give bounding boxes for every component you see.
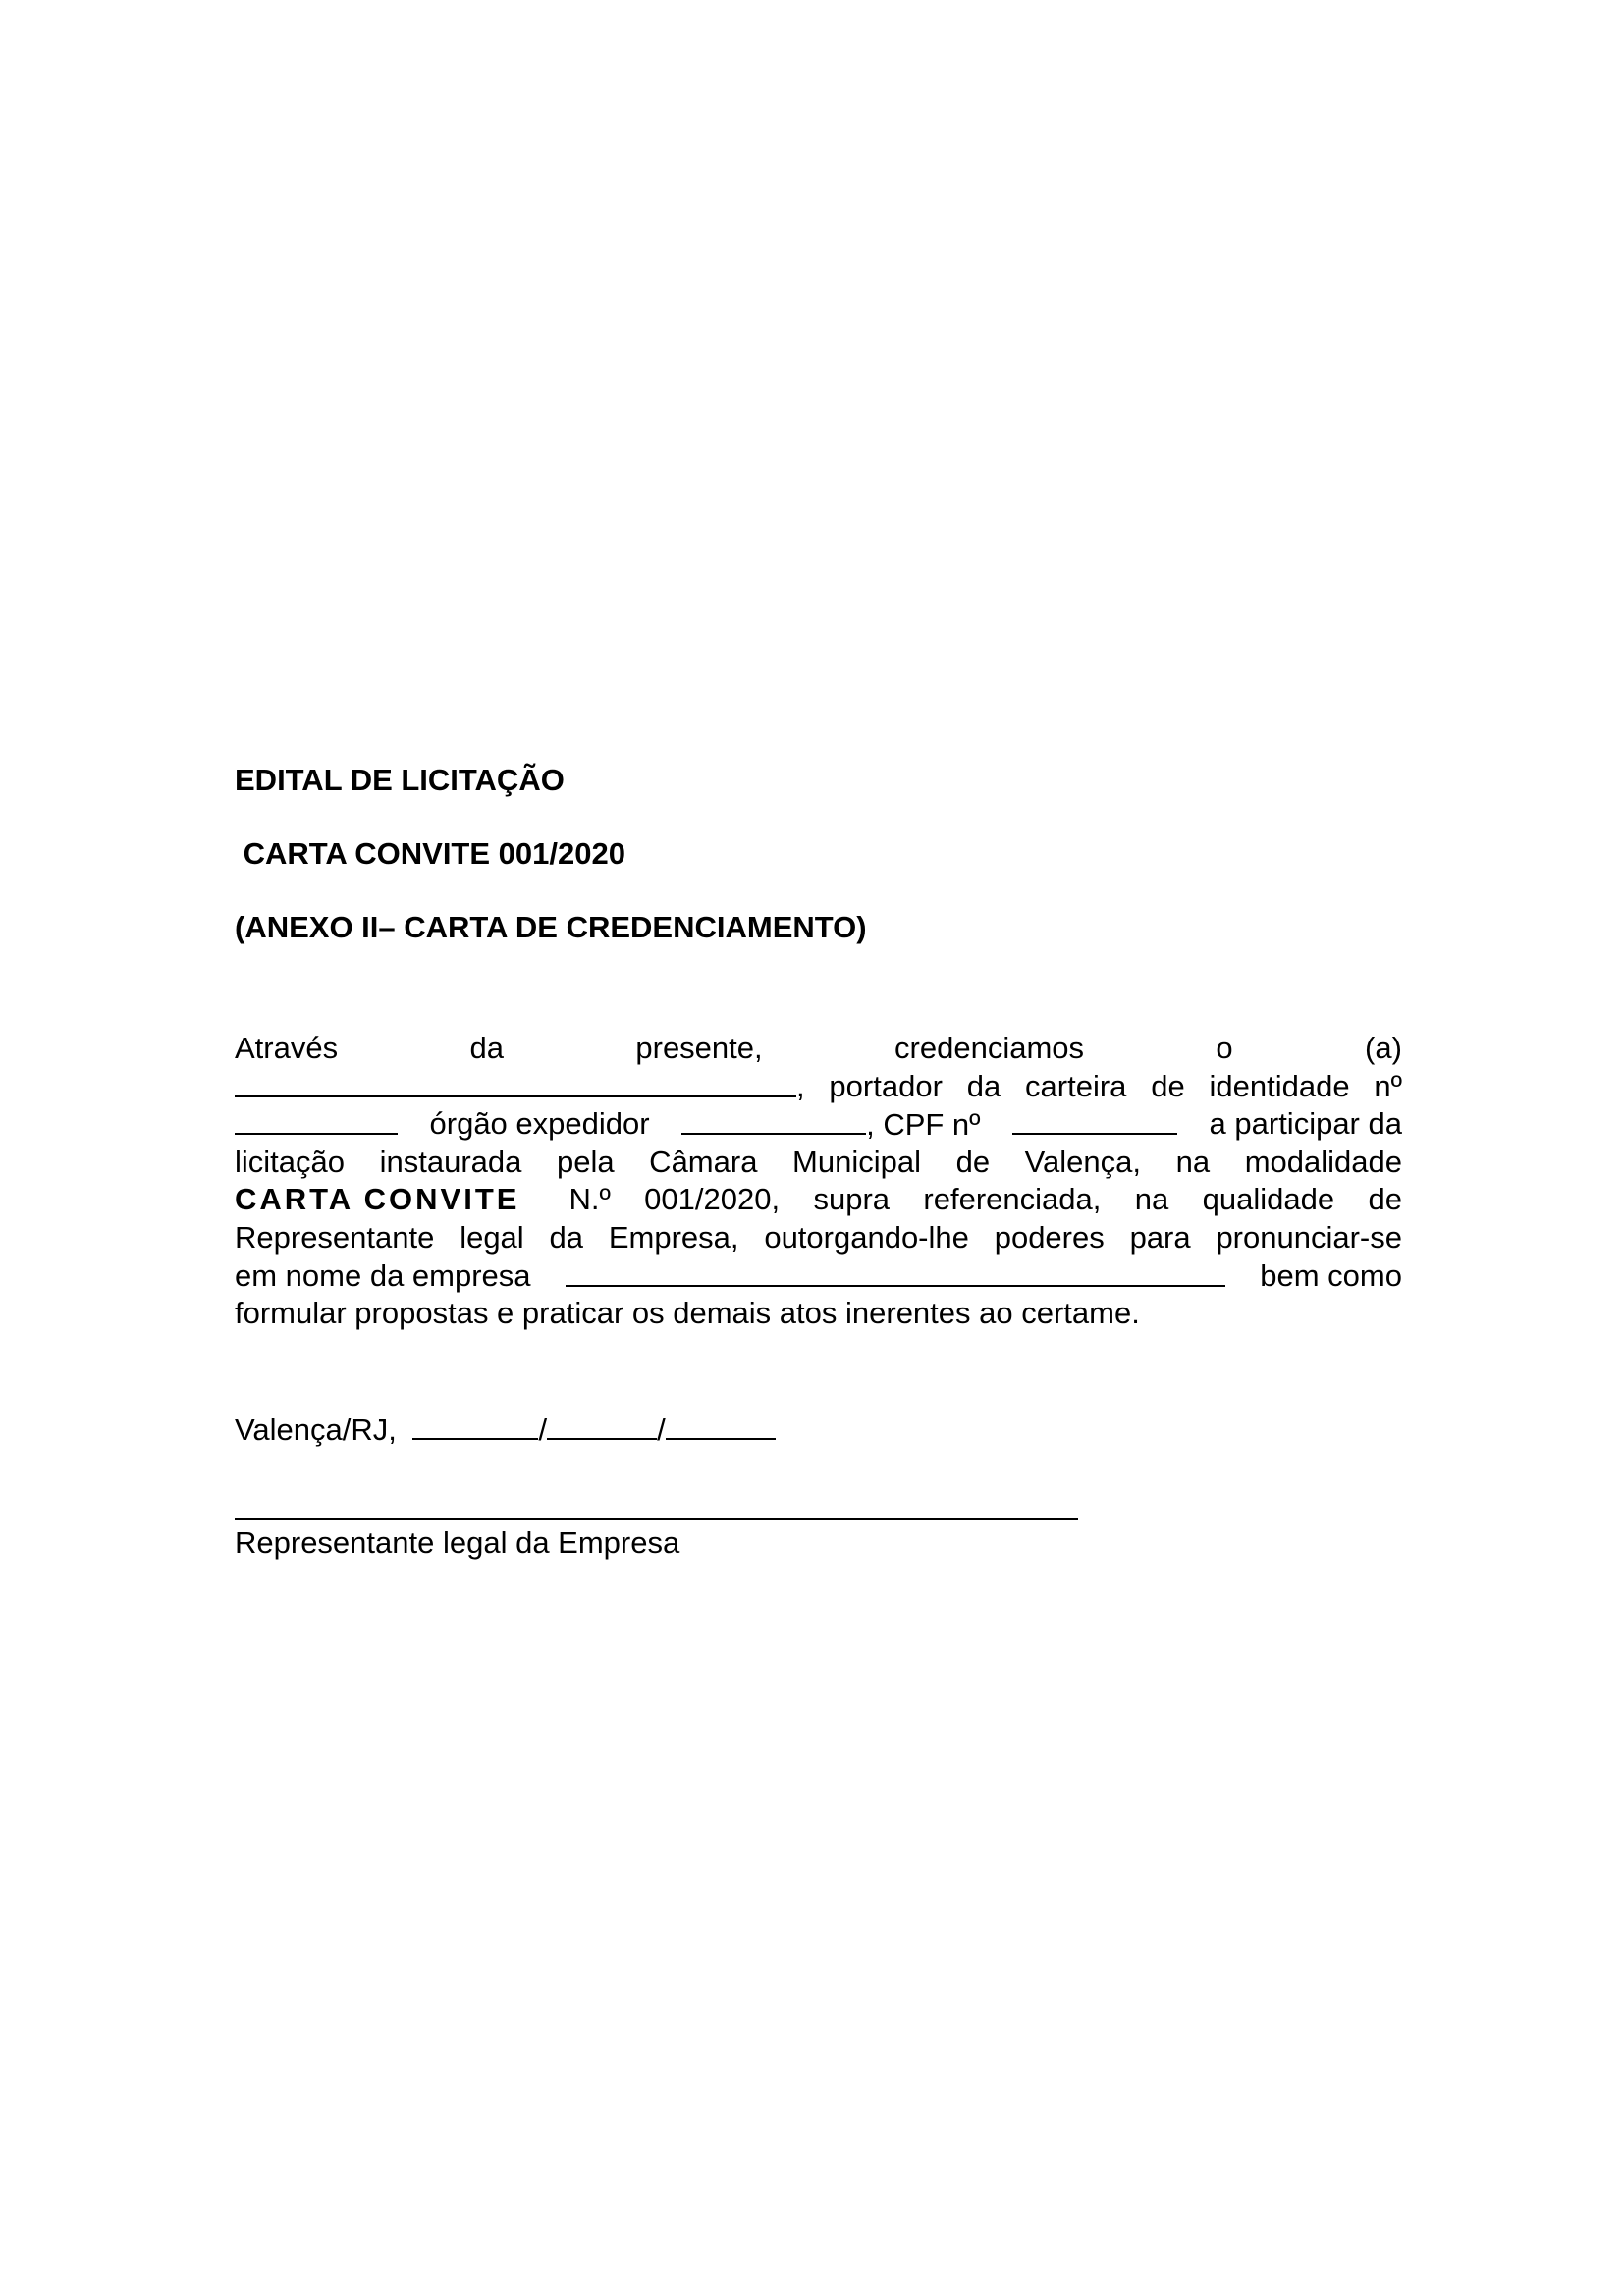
paragraph-line-5: CARTA CONVITE N.º 001/2020, supra refere… bbox=[235, 1181, 1402, 1219]
cpf-number-blank[interactable] bbox=[1012, 1105, 1177, 1135]
paragraph-line-2: , portador da carteira de identidade nº bbox=[235, 1068, 1402, 1106]
issuing-agency-blank[interactable] bbox=[681, 1105, 866, 1135]
date-separator: / bbox=[657, 1413, 666, 1447]
text: órgão expedidor bbox=[430, 1105, 650, 1144]
credential-paragraph: Através da presente, credenciamos o (a) … bbox=[235, 1030, 1402, 1333]
paragraph-line-8: formular propostas e praticar os demais … bbox=[235, 1295, 1402, 1333]
text: , portador da carteira de identidade nº bbox=[796, 1068, 1402, 1106]
word: (a) bbox=[1365, 1030, 1402, 1068]
paragraph-line-4: licitação instaurada pela Câmara Municip… bbox=[235, 1144, 1402, 1182]
date-label: Valença/RJ, bbox=[235, 1413, 397, 1447]
paragraph-line-6: Representante legal da Empresa, outorgan… bbox=[235, 1219, 1402, 1257]
word: presente, bbox=[635, 1030, 762, 1068]
month-blank[interactable] bbox=[547, 1411, 657, 1440]
document-subtitle: CARTA CONVITE 001/2020 bbox=[235, 836, 625, 872]
date-line: Valença/RJ, // bbox=[235, 1411, 776, 1449]
word: da bbox=[470, 1030, 504, 1068]
company-name-blank[interactable] bbox=[566, 1257, 1225, 1287]
word: credenciamos bbox=[894, 1030, 1084, 1068]
representative-name-blank[interactable] bbox=[235, 1068, 796, 1097]
date-separator: / bbox=[538, 1413, 547, 1447]
document-title: EDITAL DE LICITAÇÃO bbox=[235, 763, 565, 798]
text: bem como bbox=[1260, 1257, 1402, 1296]
modality-bold: CARTA CONVITE bbox=[235, 1181, 519, 1219]
year-blank[interactable] bbox=[666, 1411, 776, 1440]
word: Através bbox=[235, 1030, 338, 1068]
document-page: EDITAL DE LICITAÇÃO CARTA CONVITE 001/20… bbox=[0, 0, 1624, 2296]
text: formular propostas e praticar os demais … bbox=[235, 1295, 1140, 1333]
annex-heading: (ANEXO II– CARTA DE CREDENCIAMENTO) bbox=[235, 910, 867, 945]
word: o bbox=[1216, 1030, 1232, 1068]
text: N.º 001/2020, supra referenciada, na qua… bbox=[568, 1181, 1402, 1219]
signature-line[interactable] bbox=[235, 1518, 1078, 1520]
signature-label: Representante legal da Empresa bbox=[235, 1524, 679, 1562]
paragraph-line-3: órgão expedidor , CPF nº a participar da bbox=[235, 1105, 1402, 1144]
identity-number-blank[interactable] bbox=[235, 1105, 398, 1135]
paragraph-line-1: Através da presente, credenciamos o (a) bbox=[235, 1030, 1402, 1068]
text: a participar da bbox=[1210, 1105, 1402, 1144]
paragraph-line-7: em nome da empresa bem como bbox=[235, 1257, 1402, 1296]
text: em nome da empresa bbox=[235, 1257, 531, 1296]
text: Representante legal da Empresa, outorgan… bbox=[235, 1219, 1402, 1257]
day-blank[interactable] bbox=[412, 1411, 538, 1440]
text: , CPF nº bbox=[866, 1106, 980, 1145]
text: licitação instaurada pela Câmara Municip… bbox=[235, 1144, 1402, 1182]
